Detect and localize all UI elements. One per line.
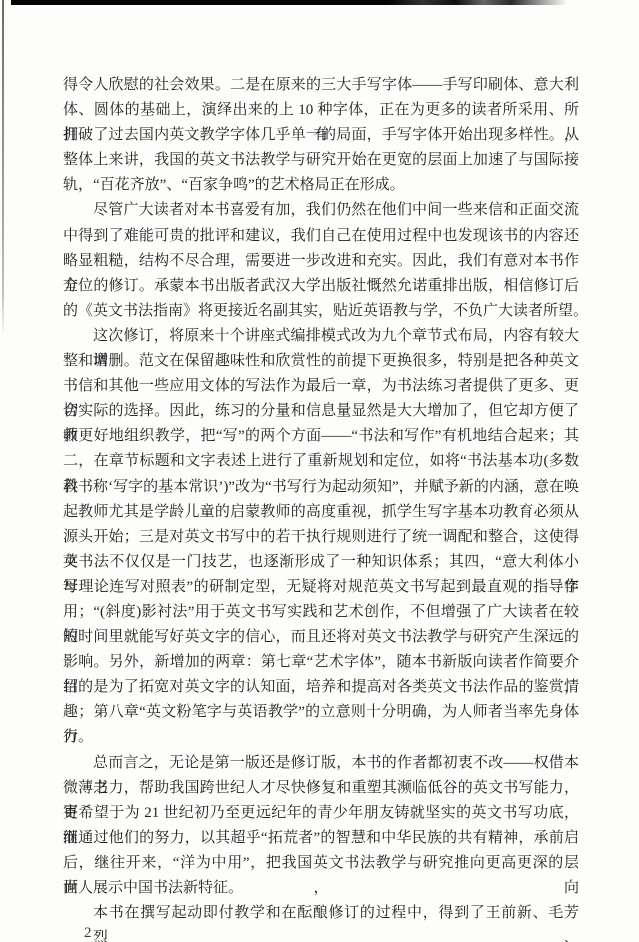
text-line: 得令人欣慰的社会效果。二是在原来的三大手写字体——手写印刷体、意大利 [63, 73, 579, 98]
text-line: 而通过他们的努力，以其超乎“拓荒者”的智慧和中华民族的共有精神，承前启 [63, 826, 579, 851]
text-line: 方位的修订。承蒙本书出版者武汉大学出版社慨然允诺重排出版，相信修订后 [63, 274, 579, 299]
text-line: 二，在章节标题和文字表述上进行了重新规划和定位，如将“书法基本功(多数教 [63, 449, 579, 474]
text-line: 寄希望于为 21 世纪初乃至更远纪年的青少年朋友铸就坚实的英文书写功底，继 [63, 801, 579, 826]
text-line: 起教师尤其是学龄儿童的启蒙教师的高度重视，抓学生写字基本功教育必须从 [63, 500, 579, 525]
text-line: 中得到了难能可贵的批评和建议，我们自己在使用过程中也发现该书的内容还 [63, 224, 579, 249]
text-line: 用；“(斜度)影衬法”用于英文书写实践和艺术创作，不但增强了广大读者在较短 [63, 600, 579, 625]
text-line: 这次修订，将原来十个讲座式编排模式改为九个章节式布局，内容有较大调 [63, 324, 579, 349]
text-line: 体、圆体的基础上，演绎出来的上 10 种字体，正在为更多的读者所采用、所拥有， [63, 98, 579, 123]
page-text: 得令人欣慰的社会效果。二是在原来的三大手写字体——手写印刷体、意大利体、圆体的基… [63, 73, 579, 926]
text-line: 微薄之力，帮助我国跨世纪人才尽快修复和重塑其濒临低谷的英文书写能力，更 [63, 776, 579, 801]
page-number: 2 [84, 925, 92, 942]
text-line: 打破了过去国内英文教学字体几乎单一的局面，手写字体开始出现多样性。从 [63, 123, 579, 148]
text-line: 书信和其他一些应用文体的写法作为最后一章，为书法练习者提供了更多、更切 [63, 374, 579, 399]
text-line: 略显粗糙，结构不尽合理，需要进一步改进和充实。因此，我们有意对本书作全 [63, 249, 579, 274]
text-line: 合实际的选择。因此，练习的分量和信息量显然是大大增加了，但它却方便了教 [63, 399, 579, 424]
text-line: 的时间里就能写好英文字的信心，而且还将对英文书法教学与研究产生深远的 [63, 625, 579, 650]
text-line: 目的是为了拓宽对英文字的认知面，培养和提高对各类英文书法作品的鉴赏情 [63, 675, 579, 700]
text-line: 整体上来讲，我国的英文书法教学与研究开始在更宽的层面上加速了与国际接 [63, 148, 579, 173]
text-line: 文书法不仅仅是一门技艺，也逐渐形成了一种知识体系；其四，“意大利体小写字 [63, 550, 579, 575]
text-line: 尽管广大读者对本书喜爱有加，我们仍然在他们中间一些来信和正面交流 [63, 198, 579, 223]
text-line: 总而言之，无论是第一版还是修订版，本书的作者都初衷不改——权借本书 [63, 751, 579, 776]
text-line: 科书称‘写字的基本常识’)”改为“书写行为起动须知”，并赋予新的内涵，意在唤 [63, 475, 579, 500]
text-line: 本书在撰写起动即付教学和在酝酿修订的过程中，得到了王前新、毛芳烈、 [63, 901, 579, 926]
text-line: 行。 [63, 725, 579, 750]
text-line: 整和增删。范文在保留趣味性和欣赏性的前提下更换很多，特别是把各种英文 [63, 349, 579, 374]
text-line: 趣；第八章“英文粉笔字与英语教学”的立意则十分明确，为人师者当率先身体力 [63, 700, 579, 725]
text-line: 的《英文书法指南》将更接近名副其实，贴近英语教与学，不负广大读者所望。 [63, 299, 579, 324]
scan-artifact-left-edge [2, 0, 4, 335]
text-line: 影响。另外，新增加的两章：第七章“艺术字体”，随本书新版向读者作简要介绍， [63, 650, 579, 675]
text-line: 后，继往开来，“洋为中用”，把我国英文书法教学与研究推向更高更深的层面，向 [63, 851, 579, 876]
text-line: 母理论连写对照表”的研制定型，无疑将对规范英文书写起到最直观的指导作 [63, 575, 579, 600]
text-line: 轨，“百花齐放”、“百家争鸣”的艺术格局正在形成。 [63, 173, 579, 198]
text-line: 师更好地组织教学，把“写”的两个方面——“书法和写作”有机地结合起来；其 [63, 424, 579, 449]
book-page: 得令人欣慰的社会效果。二是在原来的三大手写字体——手写印刷体、意大利体、圆体的基… [0, 0, 639, 942]
text-line: 源头开始；三是对英文书写中的若干执行规则进行了统一调配和整合，这使得英 [63, 525, 579, 550]
scan-artifact-top-edge [11, 0, 567, 5]
